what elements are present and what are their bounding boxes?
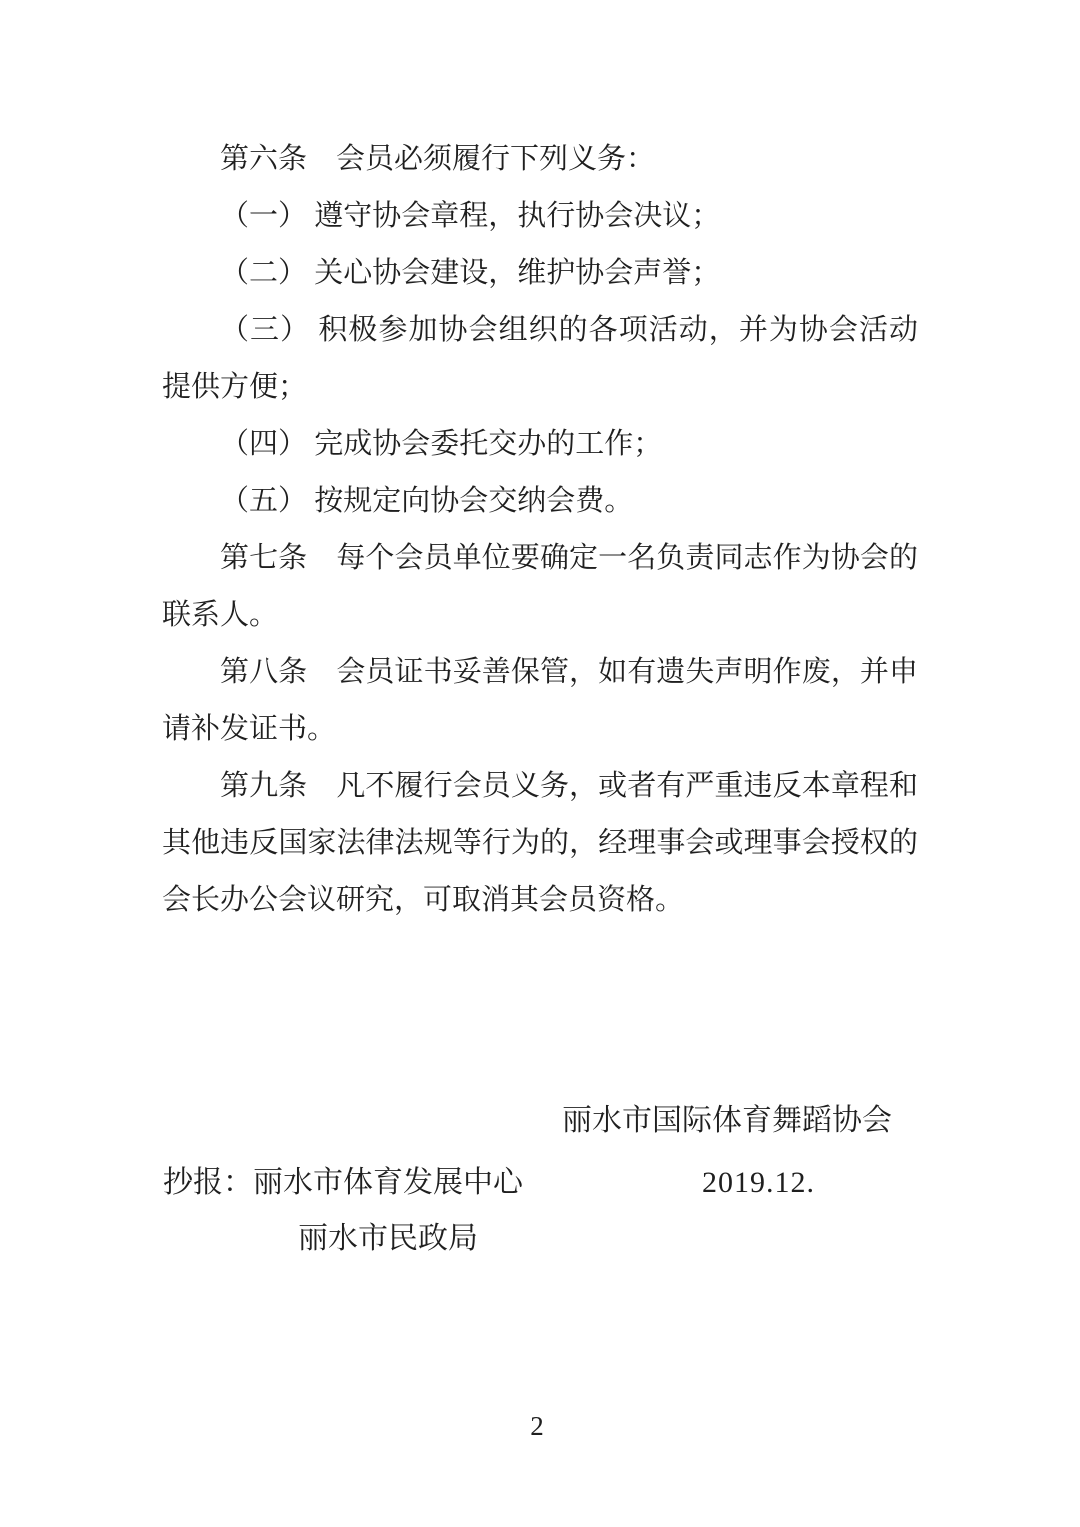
paragraph-article-6-heading: 第六条 会员必须履行下列义务： xyxy=(162,131,918,188)
paragraph-article-9: 第九条 凡不履行会员义务，或者有严重违反本章程和其他违反国家法律法规等行为的，经… xyxy=(162,758,918,929)
document-page: 第六条 会员必须履行下列义务： （一） 遵守协会章程，执行协会决议； （二） 关… xyxy=(0,0,1080,1527)
copy-report-recipient-1: 丽水市体育发展中心 xyxy=(253,1166,523,1199)
paragraph-duty-item-5: （五） 按规定向协会交纳会费。 xyxy=(162,473,918,530)
paragraph-duty-item-3: （三） 积极参加协会组织的各项活动，并为协会活动提供方便； xyxy=(162,302,918,416)
page-number: 2 xyxy=(0,1410,1074,1442)
signature-organization: 丽水市国际体育舞蹈协会 xyxy=(562,1101,892,1141)
copy-report-line: 抄报：丽水市体育发展中心 xyxy=(163,1163,523,1203)
paragraph-article-8: 第八条 会员证书妥善保管，如有遗失声明作废，并申请补发证书。 xyxy=(162,644,918,758)
paragraph-article-7: 第七条 每个会员单位要确定一名负责同志作为协会的联系人。 xyxy=(162,530,918,644)
copy-report-label: 抄报： xyxy=(163,1166,253,1199)
paragraph-duty-item-2: （二） 关心协会建设，维护协会声誉； xyxy=(162,245,918,302)
copy-report-recipient-2: 丽水市民政局 xyxy=(298,1219,478,1259)
signature-date: 2019.12. xyxy=(702,1163,815,1203)
paragraph-duty-item-1: （一） 遵守协会章程，执行协会决议； xyxy=(162,188,918,245)
document-body: 第六条 会员必须履行下列义务： （一） 遵守协会章程，执行协会决议； （二） 关… xyxy=(162,131,918,929)
paragraph-duty-item-4: （四） 完成协会委托交办的工作； xyxy=(162,416,918,473)
